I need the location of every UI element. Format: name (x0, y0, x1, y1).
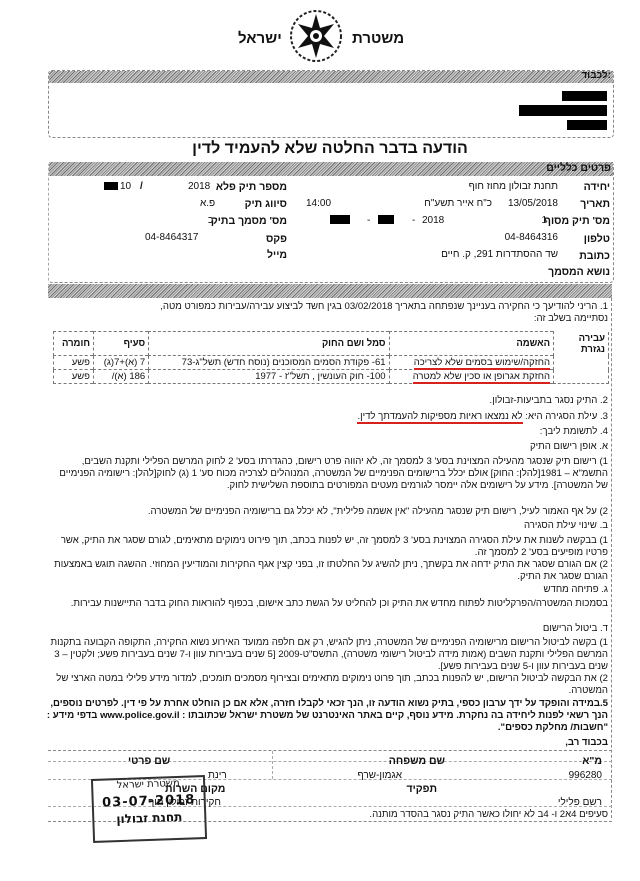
label-email: מייל (267, 249, 287, 261)
cell-charge: החזקה/שימוש בסמים שלא לצריכה (389, 356, 553, 370)
value-address: שד ההסתדרות 291, ק. חיים (441, 249, 558, 260)
sig-role-label: תפקיד (406, 783, 437, 795)
section-a-2: 2) על אף האמור לעיל, רישום תיק שנסגר מהע… (48, 506, 608, 518)
label-phone: טלפון (584, 233, 610, 245)
charge-text: החזקת אגרופן או סכין שלא למטרה (413, 371, 550, 384)
paragraph-2: 2. התיק נסגר בתביעות-זבולון. (490, 395, 608, 407)
cell-charge: החזקת אגרופן או סכין שלא למטרה (389, 370, 553, 384)
stamp-bottom-text: תחנת זבולון (94, 809, 204, 827)
paragraph-5: 5.במידה והופקד על ידך ערבון כספי, בתיק נ… (44, 698, 608, 734)
redacted-name (562, 91, 607, 101)
redacted-address (519, 105, 607, 116)
paragraph-3: 3. עילת הסגירה היא: לא נמצאו ראיות מספיק… (357, 411, 608, 423)
official-stamp: משטרת ישראל 03-07-2018 תחנת זבולון (91, 775, 207, 843)
section-d-2: 2) את הבקשה לביטול הרישום, יש להפנות בכת… (48, 673, 608, 697)
value-unit: תחנת זבולון מחוז חוף (469, 181, 558, 192)
value-phone: 04-8464316 (505, 232, 558, 243)
addressee-box: לכבוד: (48, 70, 614, 138)
paragraph-1: 1. הריני להודיעך כי החקירה בעניינך שנפתח… (48, 301, 608, 325)
col-severity: חומרה (54, 332, 94, 356)
general-header-bar: פרטים כלליים (49, 162, 613, 176)
stamp-date: 03-07-2018 (94, 792, 204, 811)
value-hebrew-date: כ"ח אייר תשע"ח (424, 198, 492, 209)
body-right-border (611, 298, 612, 818)
col-law: סמל ושם החוק (149, 332, 389, 356)
col-section: סעיף (93, 332, 148, 356)
col-derived-offense: עבירה נגזרת (554, 332, 609, 356)
section-a-1: 1) רישום תיק שנסגר מהעילה המצוינת בסע' 3… (48, 456, 608, 492)
section-c-1: בסמכות המשטרה/הפרקליטות לפתוח מחדש את הת… (48, 598, 608, 610)
sig-last-name: אגמון-שרף (358, 770, 402, 781)
charge-text: החזקה/שימוש בסמים שלא לצריכה (414, 357, 550, 370)
cell-law: 61- פקודת הסמים המסוכנים (נוסח חדש) תשל"… (149, 356, 389, 370)
redacted-terminal-3 (330, 215, 350, 224)
cell-section: 186 (א)/ (93, 370, 148, 384)
value-fax: 04-8464317 (145, 232, 198, 243)
document-title: הודעה בדבר החלטה שלא להעמיד לדין (48, 140, 612, 158)
letterhead: ישראל משטרת (200, 8, 440, 68)
body-header-bar (48, 284, 612, 298)
sig-col-divider (272, 751, 273, 779)
label-date: תאריך (580, 198, 610, 210)
sig-id: 996280 (569, 770, 602, 781)
table-row: החזקת אגרופן או סכין שלא למטרה 100- חוק … (54, 370, 609, 384)
sig-role: רשם פלילי (558, 797, 602, 808)
addressee-header-bar: לכבוד: (49, 71, 613, 83)
label-terminal-case: מס' תיק מסוף (544, 215, 610, 227)
value-terminal-1: 1 (541, 215, 547, 226)
label-doc-subject: נושא המסמך (548, 266, 610, 278)
closing-reason: לא נמצאו ראיות מספיקות להעמדתך לדין. (357, 411, 522, 424)
paragraph-1-line1: 1. הריני להודיעך כי החקירה בעניינך שנפתח… (48, 301, 608, 313)
value-case-sep: / (140, 181, 143, 192)
cell-section: 7 (א)+7(ג) (93, 356, 148, 370)
section-d-title: ד. ביטול הרישום (543, 623, 608, 635)
cell-severity: פשע (54, 356, 94, 370)
sig-header-id: מ"א (582, 755, 602, 767)
label-fax: פקס (266, 233, 287, 245)
value-case-year: 2018 (188, 181, 210, 192)
section-b-1: 1) בבקשה לשנות את עילת הסגירה המצוינת בס… (48, 535, 608, 559)
value-time: 14:00 (306, 198, 331, 209)
value-date: 13/05/2018 (508, 198, 558, 209)
redacted-terminal-2 (378, 215, 394, 224)
section-c-title: ג. פתיחה מחדש (544, 584, 608, 596)
section-a-title: א. אופן רישום התיק (530, 441, 608, 453)
label-address: כתובת (579, 250, 610, 262)
value-doc-number: כ (208, 215, 213, 226)
paragraph-3-prefix: 3. עילת הסגירה היא: (523, 411, 608, 422)
sig-first-name: רינת (208, 770, 227, 781)
org-name-left: ישראל (238, 30, 282, 47)
section-b-title: ב. שינוי עילת הסגירה (524, 520, 608, 532)
general-section-label: פרטים כלליים (546, 162, 611, 174)
sig-header-first-name: שם פרטי (128, 755, 170, 767)
value-terminal-year: 2018 (422, 215, 444, 226)
value-case-num: 10 (120, 181, 131, 192)
table-row: החזקה/שימוש בסמים שלא לצריכה 61- פקודת ה… (54, 356, 609, 370)
cell-severity: פשע (54, 370, 94, 384)
label-case-number: מספר תיק פלא (216, 181, 287, 193)
label-unit: יחידה (584, 181, 610, 193)
paragraph-4: 4. לתשומת ליבך: (540, 426, 608, 438)
cell-law: 100- חוק העונשין , תשל"ז - 1977 (149, 370, 389, 384)
stamp-top-text: משטרת ישראל (93, 777, 203, 792)
closing-greeting: בכבוד רב, (565, 737, 608, 749)
label-doc-number: מס' מסמך בתיק (211, 215, 287, 227)
separator-dash: - (367, 215, 370, 226)
sig-header-last-name: שם משפחה (389, 755, 445, 767)
offense-table: עבירה נגזרת האשמה סמל ושם החוק סעיף חומר… (53, 331, 609, 384)
cell-derived (554, 370, 609, 384)
offense-table-header: עבירה נגזרת האשמה סמל ושם החוק סעיף חומר… (54, 332, 609, 356)
col-charge: האשמה (389, 332, 553, 356)
value-case-classification: פ.א (200, 198, 215, 209)
section-d-1: 1) בקשה לביטול הרישום מרישומיה הפנימיים … (48, 637, 608, 673)
redacted-city (567, 120, 607, 130)
cell-derived (554, 356, 609, 370)
redacted-case-num (104, 182, 118, 190)
separator-dash: - (412, 215, 415, 226)
police-emblem-icon (288, 8, 344, 64)
org-name-right: משטרת (352, 30, 404, 47)
paragraph-1-line2: נסתיימה בשלב זה: (48, 313, 608, 325)
addressee-label: לכבוד: (581, 70, 611, 81)
sig-footnote: סעיפים 4א2 ו- 4ב לא יחולו כאשר התיק נסגר… (369, 809, 608, 821)
section-b-2: 2) אם הגורם שסגר את התיק ידחה את בקשתך, … (48, 559, 608, 583)
label-case-classification: סיווג תיק (245, 198, 287, 210)
